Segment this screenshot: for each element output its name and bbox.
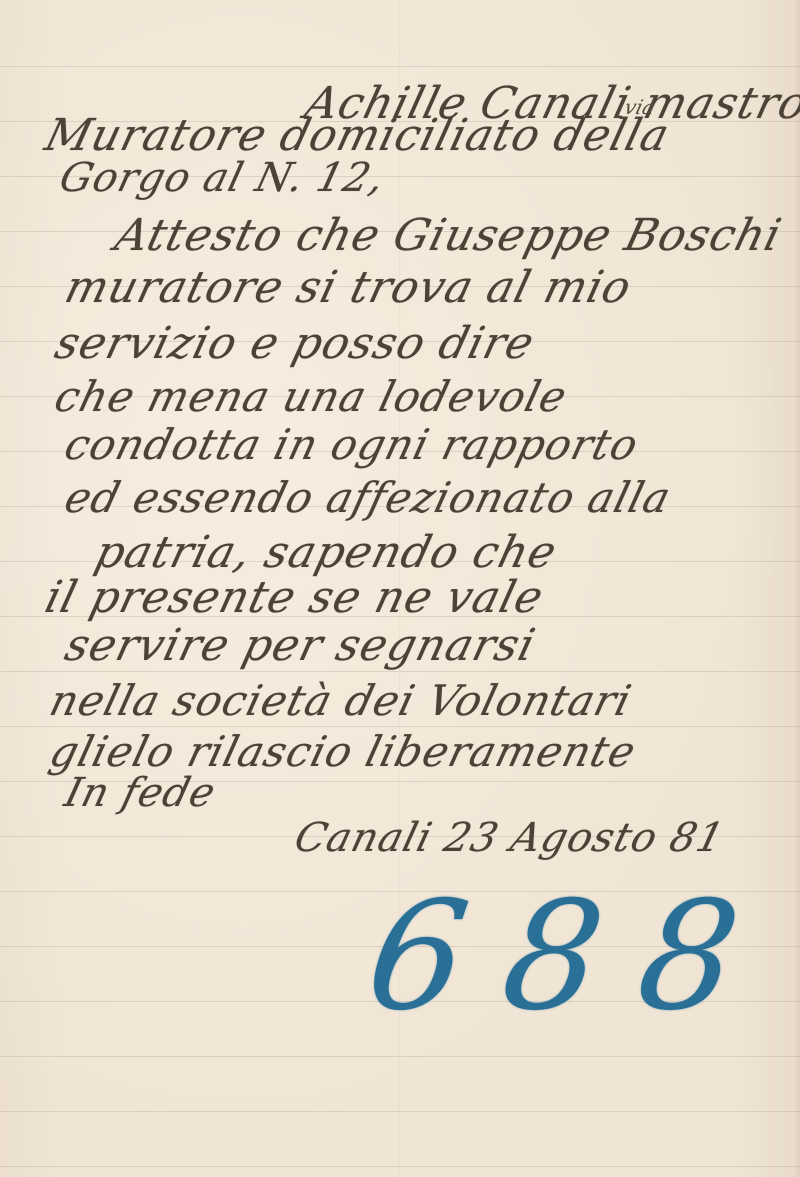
document-page: Achille Canali mastro via Muratore domic… — [0, 0, 800, 1177]
text-line-8: condotta in ogni rapporto — [60, 420, 644, 469]
text-line-13: nella società dei Volontari — [45, 676, 637, 725]
text-line-5: muratore si trova al mio — [60, 262, 637, 313]
archive-number: 688 — [358, 870, 789, 1044]
text-line-9: ed essendo affezionato alla — [60, 473, 676, 522]
text-line-2: Muratore domiciliato della — [40, 110, 675, 161]
text-line-12: servire per segnarsi — [60, 620, 541, 671]
paper-edge — [794, 0, 800, 1177]
text-line-7: che mena una lodevole — [50, 372, 572, 421]
text-line-10: patria, sapendo che — [90, 527, 562, 578]
text-line-15: In fede — [60, 770, 221, 816]
text-line-4: Attesto che Giuseppe Boschi — [110, 210, 787, 261]
text-line-14: glielo rilascio liberamente — [45, 727, 641, 776]
text-line-11: il presente se ne vale — [40, 572, 549, 623]
text-line-6: servizio e posso dire — [50, 318, 540, 369]
text-line-3: Gorgo al N. 12, — [55, 155, 390, 201]
place-date-signature: Canali 23 Agosto 81 — [290, 815, 729, 861]
